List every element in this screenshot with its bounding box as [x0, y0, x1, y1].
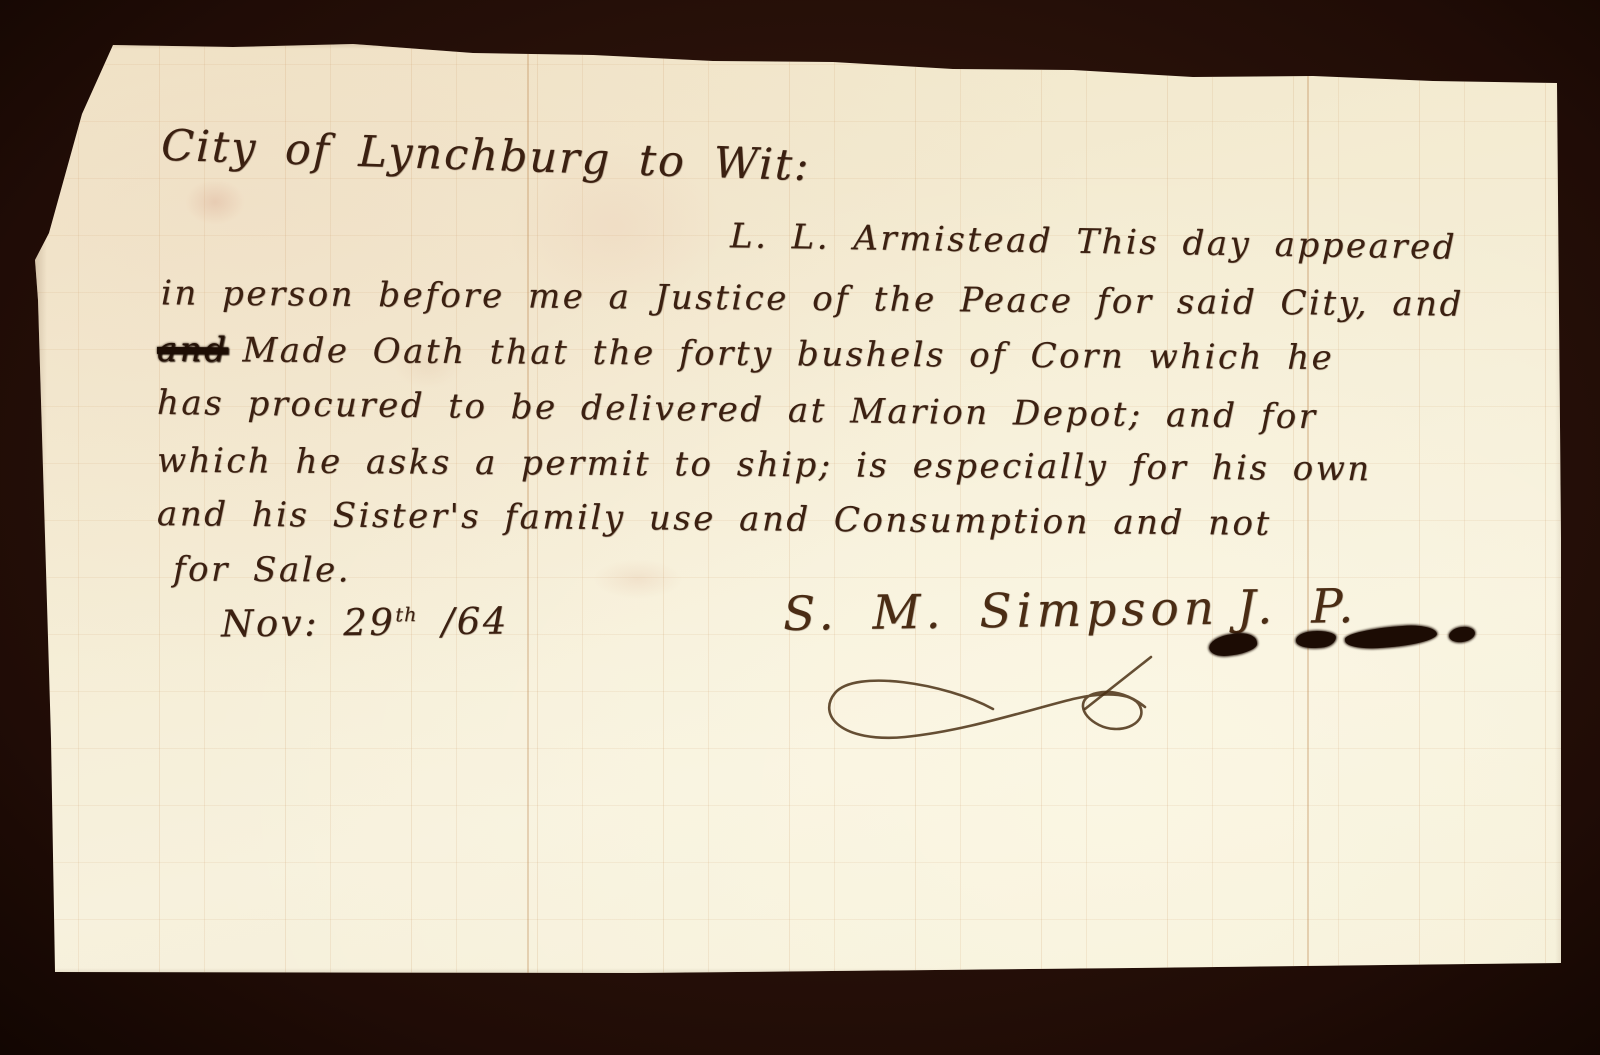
ink-blot: [1448, 625, 1476, 644]
document-heading: City of Lynchburg to Wit:: [160, 125, 811, 188]
signature-name: S. M. Simpson: [783, 581, 1220, 642]
signature-flourish: [815, 651, 1187, 773]
date-prefix: Nov: 29: [221, 601, 396, 646]
document-date: Nov: 29th /64: [221, 602, 509, 642]
document-body-line: in person before me a Justice of the Pea…: [161, 276, 1464, 321]
body-line-text: Made Oath that the forty bushels of Corn…: [242, 330, 1334, 378]
document-opening-line: L. L. Armistead This day appeared: [730, 219, 1457, 264]
document-body-line: and his Sister's family use and Consumpt…: [157, 497, 1272, 541]
document-body-line: andMade Oath that the forty bushels of C…: [157, 333, 1334, 375]
date-suffix: /64: [417, 599, 509, 643]
paper-stain: [593, 559, 683, 599]
photo-background: City of Lynchburg to Wit: L. L. Armistea…: [0, 0, 1600, 1055]
document-body-line: for Sale.: [173, 553, 351, 588]
signature-title: J. P.: [1237, 579, 1359, 636]
struck-out-word: and: [157, 330, 229, 370]
signature-line: S. M. SimpsonJ. P.: [783, 583, 1359, 638]
date-ordinal: th: [395, 603, 417, 626]
document-body-line: has procured to be delivered at Marion D…: [157, 386, 1318, 434]
document-body-line: which he asks a permit to ship; is espec…: [157, 444, 1372, 486]
document-paper: City of Lynchburg to Wit: L. L. Armistea…: [33, 39, 1565, 977]
ledger-column-line: [1307, 39, 1309, 977]
paper-stain: [185, 179, 245, 225]
